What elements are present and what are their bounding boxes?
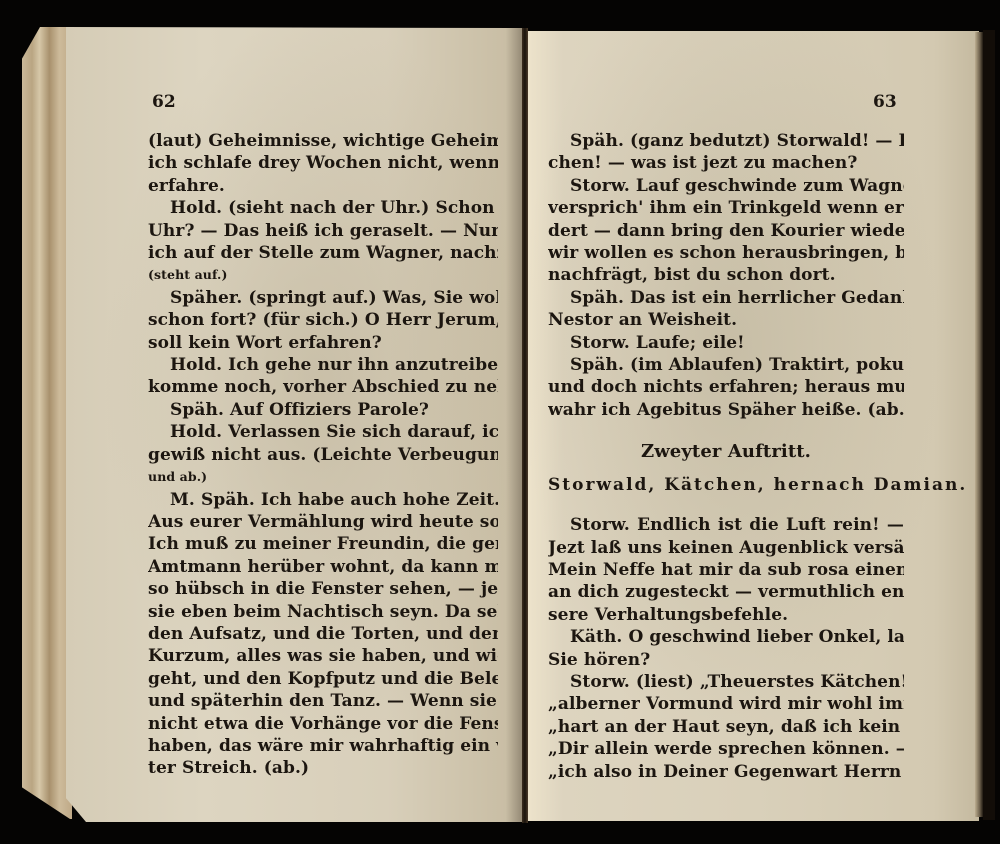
text-line: Sie hören? xyxy=(548,649,904,671)
text-line: Kurzum, alles was sie haben, und wie's z… xyxy=(148,645,498,667)
text-line: Storw. Lauf geschwinde zum Wagner, und xyxy=(548,175,904,197)
text-line: Amtmann herüber wohnt, da kann man ihnen xyxy=(148,556,498,578)
scene-cast: Storwald, Kätchen, hernach Damian. xyxy=(548,474,904,496)
text-line: ter Streich. (ab.) xyxy=(148,757,498,779)
right-page-text: Späh. (ganz bedutzt) Storwald! — Brüder=… xyxy=(548,130,904,783)
text-line: „hart an der Haut seyn, daß ich kein Wor… xyxy=(548,716,904,738)
text-line: nachfrägt, bist du schon dort. xyxy=(548,264,904,286)
open-book: 62 63 (laut) Geheimnisse, wichtige Gehei… xyxy=(0,0,1000,844)
text-line: Späh. Auf Offiziers Parole? xyxy=(148,399,498,421)
book-gutter xyxy=(522,28,528,823)
text-line: Späh. Das ist ein herrlicher Gedanke, du xyxy=(548,287,904,309)
text-line: M. Späh. Ich habe auch hohe Zeit. — xyxy=(148,489,498,511)
text-line: sere Verhaltungsbefehle. xyxy=(548,604,904,626)
text-line: den Aufsatz, und die Torten, und den Des… xyxy=(148,623,498,645)
text-line: und späterhin den Tanz. — Wenn sie mir n… xyxy=(148,690,498,712)
scene-heading: Zweyter Auftritt. xyxy=(548,441,904,463)
text-line: schon fort? (für sich.) O Herr Jerum, un… xyxy=(148,309,498,331)
text-line: Späher. (springt auf.) Was, Sie wollen xyxy=(148,287,498,309)
text-line: gewiß nicht aus. (Leichte Verbeugung geg… xyxy=(148,444,498,466)
text-line: „Dir allein werde sprechen können. — Wen… xyxy=(548,738,904,760)
text-line: Mein Neffe hat mir da sub rosa einen Bri… xyxy=(548,559,904,581)
text-line: „alberner Vormund wird mir wohl immer so xyxy=(548,693,904,715)
left-fore-edge xyxy=(22,27,72,819)
text-line: Storw. (liest) „Theuerstes Kätchen! Dein xyxy=(548,671,904,693)
text-line: geht, und den Kopfputz und die Beleuchtu… xyxy=(148,668,498,690)
stage-direction: (steht auf.) xyxy=(148,264,498,286)
text-line: komme noch, vorher Abschied zu nehmen. xyxy=(148,376,498,398)
text-line: ich schlafe drey Wochen nicht, wenn ich … xyxy=(148,152,498,174)
text-line: und doch nichts erfahren; heraus muß es,… xyxy=(548,376,904,398)
text-line: versprich' ihm ein Trinkgeld wenn er rec… xyxy=(548,197,904,219)
text-line: Storw. Endlich ist die Luft rein! — xyxy=(548,514,904,536)
text-line: „ich also in Deiner Gegenwart Herrn Spä= xyxy=(548,761,904,783)
page-number-left: 62 xyxy=(152,92,176,112)
text-line: ich auf der Stelle zum Wagner, nachzuseh… xyxy=(148,242,498,264)
text-line: wir wollen es schon herausbringen, bis e… xyxy=(548,242,904,264)
text-line: nicht etwa die Vorhänge vor die Fenster … xyxy=(148,713,498,735)
text-line: Nestor an Weisheit. xyxy=(548,309,904,331)
text-line: sie eben beim Nachtisch seyn. Da seh ich… xyxy=(148,601,498,623)
right-fore-edge xyxy=(975,32,983,817)
left-page-text: (laut) Geheimnisse, wichtige Geheimnisse… xyxy=(148,130,498,780)
text-line: Storw. Laufe; eile! xyxy=(548,332,904,354)
text-line: Aus eurer Vermählung wird heute so nicht… xyxy=(148,511,498,533)
text-line: haben, das wäre mir wahrhaftig ein verda… xyxy=(148,735,498,757)
text-line: wahr ich Agebitus Späher heiße. (ab.) xyxy=(548,399,904,421)
text-line: (laut) Geheimnisse, wichtige Geheimnisse… xyxy=(148,130,498,152)
text-line: Jezt laß uns keinen Augenblick versäumen… xyxy=(548,537,904,559)
text-line: Käth. O geschwind lieber Onkel, lassen xyxy=(548,626,904,648)
text-line: erfahre. xyxy=(148,175,498,197)
right-cover xyxy=(983,30,995,820)
stage-direction: und ab.) xyxy=(148,466,498,488)
text-line: Uhr? — Das heiß ich geraselt. — Nun muß xyxy=(148,220,498,242)
text-line: Hold. Verlassen Sie sich darauf, ich ble… xyxy=(148,421,498,443)
text-line: dert — dann bring den Kourier wieder her… xyxy=(548,220,904,242)
text-line: chen! — was ist jezt zu machen? xyxy=(548,152,904,174)
text-line: Hold. (sieht nach der Uhr.) Schon halb 5 xyxy=(148,197,498,219)
text-line: Ich muß zu meiner Freundin, die gerade v… xyxy=(148,533,498,555)
text-line: soll kein Wort erfahren? xyxy=(148,332,498,354)
page-number-right: 63 xyxy=(873,92,897,112)
text-line: Späh. (ganz bedutzt) Storwald! — Brüder= xyxy=(548,130,904,152)
text-line: an dich zugesteckt — vermuthlich enthält… xyxy=(548,581,904,603)
text-line: Hold. Ich gehe nur ihn anzutreiben, und xyxy=(148,354,498,376)
text-line: so hübsch in die Fenster sehen, — jezt w… xyxy=(148,578,498,600)
text-line: Späh. (im Ablaufen) Traktirt, pokulirt, xyxy=(548,354,904,376)
